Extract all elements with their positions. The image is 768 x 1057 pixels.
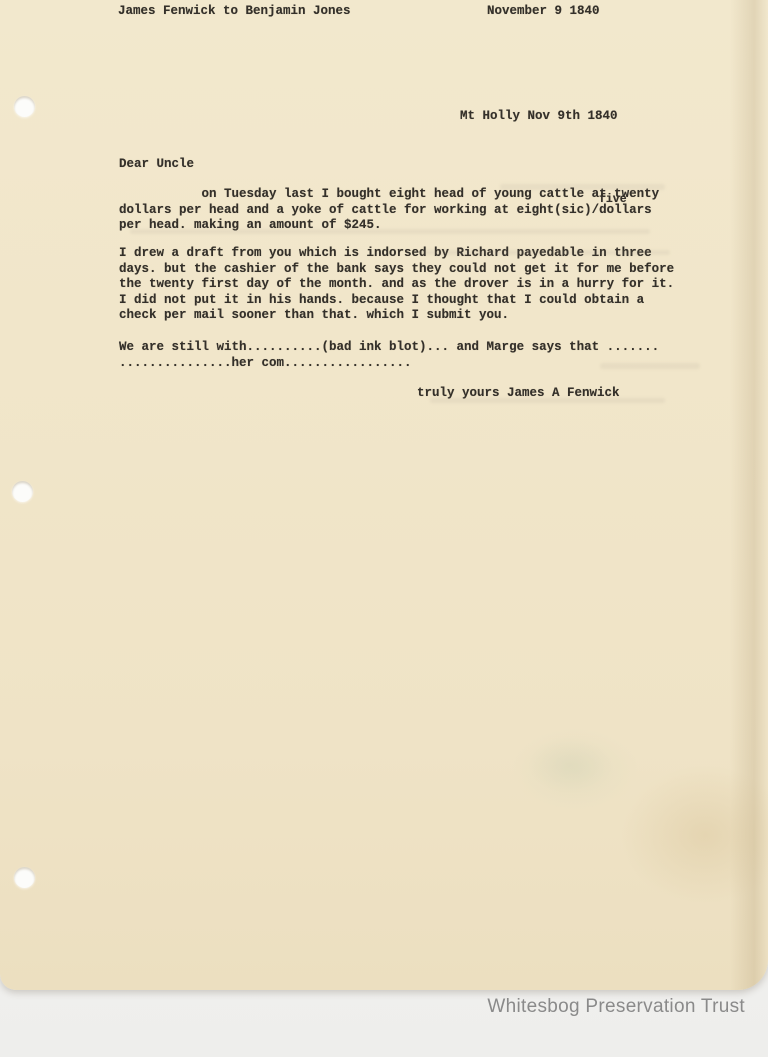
scan-artifact xyxy=(430,398,665,403)
letter-paper: James Fenwick to Benjamin Jones November… xyxy=(0,0,768,990)
scan-artifact xyxy=(420,250,670,255)
scan-artifact xyxy=(130,229,650,234)
scan-artifact xyxy=(500,184,665,190)
archive-caption-date: November 9 1840 xyxy=(487,4,600,20)
letter-salutation: Dear Uncle xyxy=(119,157,194,173)
scan-footer-strip: Whitesbog Preservation Trust xyxy=(0,990,768,1057)
interline-insertion: five xyxy=(599,192,627,208)
archive-caption-names: James Fenwick to Benjamin Jones xyxy=(118,4,351,20)
hole-punch-middle xyxy=(12,481,33,502)
hole-punch-bottom xyxy=(14,867,35,888)
hole-punch-top xyxy=(14,96,35,117)
watermark-text: Whitesbog Preservation Trust xyxy=(487,996,745,1018)
letter-dateline: Mt Holly Nov 9th 1840 xyxy=(460,109,618,125)
scan-artifact xyxy=(600,363,700,369)
letter-paragraph-1: on Tuesday last I bought eight head of y… xyxy=(119,187,659,234)
letter-paragraph-2: I drew a draft from you which is indorse… xyxy=(119,246,674,324)
letter-paragraph-3: We are still with..........(bad ink blot… xyxy=(119,340,659,371)
scanned-letter-page: James Fenwick to Benjamin Jones November… xyxy=(0,0,768,1057)
